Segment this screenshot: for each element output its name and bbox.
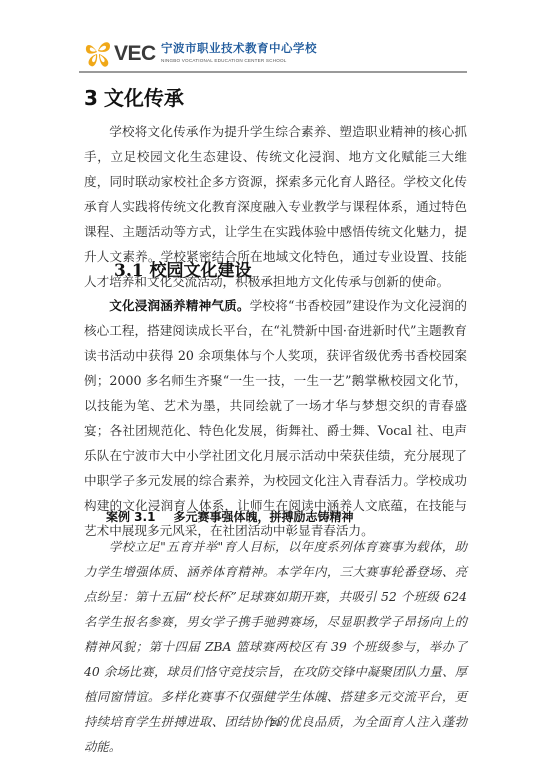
chapter-title: 3文化传承 [84, 86, 184, 110]
section-lead: 文化浸润涵养精神气质。 [109, 298, 249, 313]
case-heading: 案例 3.1多元赛事强体魄，拼搏励志铸精神 [106, 508, 353, 526]
school-name-cn: 宁波市职业技术教育中心学校 [161, 41, 317, 55]
chapter-number: 3 [84, 86, 98, 110]
case-label: 案例 3.1 [106, 510, 155, 524]
school-name-en: NINGBO VOCATIONAL EDUCATION CENTER SCHOO… [161, 58, 287, 64]
page-header: VEC 宁波市职业技术教育中心学校 NINGBO VOCATIONAL EDUC… [79, 36, 467, 73]
school-logo-icon [83, 38, 113, 70]
section-title: 3.1 校园文化建设 [114, 259, 252, 283]
chapter-title-text: 文化传承 [104, 86, 184, 110]
header-divider [79, 71, 467, 73]
logo-text: VEC [114, 42, 156, 66]
case-title: 多元赛事强体魄，拼搏励志铸精神 [173, 510, 353, 524]
section-body: 学校将“书香校园”建设作为文化浸润的核心工程，搭建阅读成长平台，在“礼赞新中国·… [84, 298, 467, 538]
section-paragraph: 文化浸润涵养精神气质。学校将“书香校园”建设作为文化浸润的核心工程，搭建阅读成长… [84, 293, 467, 543]
section-title-text: 校园文化建设 [150, 261, 252, 281]
page-number: 20 [0, 718, 550, 728]
section-number: 3.1 [114, 261, 144, 281]
